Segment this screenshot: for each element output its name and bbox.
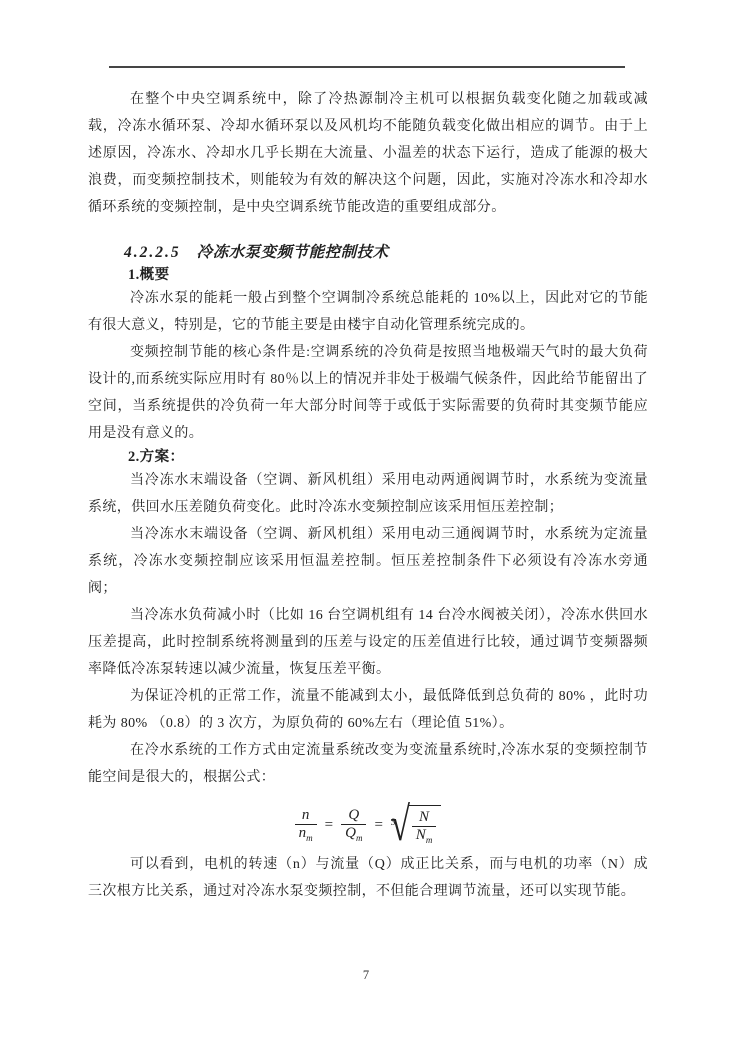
document-page: 在整个中央空调系统中，除了冷热源制冷主机可以根据负载变化随之加载或减载，冷冻水循… bbox=[0, 0, 733, 1043]
overview-heading: 1.概要 bbox=[88, 265, 648, 285]
formula-fraction-power: NNm bbox=[412, 809, 437, 846]
overview-paragraph-2: 变频控制节能的核心条件是:空调系统的冷负荷是按照当地极端天气时的最大负荷设计的,… bbox=[88, 339, 648, 447]
page-number: 7 bbox=[0, 968, 733, 983]
page-content: 在整个中央空调系统中，除了冷热源制冷主机可以根据负载变化随之加载或减载，冷冻水循… bbox=[88, 86, 648, 905]
plan-heading: 2.方案： bbox=[88, 447, 648, 467]
root-index: 3 bbox=[391, 817, 396, 827]
header-rule bbox=[109, 66, 625, 68]
closing-paragraph: 可以看到，电机的转速（n）与流量（Q）成正比关系，而与电机的功率（N）成三次根方… bbox=[88, 851, 648, 905]
plan-paragraph-4: 为保证冷机的正常工作，流量不能减到太小，最低降低到总负荷的 80% ，此时功耗为… bbox=[88, 683, 648, 737]
plan-paragraph-2: 当冷冻水末端设备（空调、新风机组）采用电动三通阀调节时，水系统为定流量系统，冷冻… bbox=[88, 521, 648, 602]
pump-affinity-formula: nnm = QQm = 3 √ NNm bbox=[88, 799, 648, 851]
plan-paragraph-5: 在冷水系统的工作方式由定流量系统改变为变流量系统时,冷冻水泵的变频控制节能空间是… bbox=[88, 737, 648, 791]
equals-sign: = bbox=[324, 817, 334, 834]
section-number: 4.2.2.5 bbox=[124, 244, 181, 261]
equals-sign: = bbox=[373, 817, 383, 834]
formula-fraction-q: QQm bbox=[341, 807, 366, 844]
section-title: 冷冻水泵变频节能控制技术 bbox=[197, 244, 389, 261]
formula-fraction-n: nnm bbox=[295, 807, 317, 844]
plan-paragraph-1: 当冷冻水末端设备（空调、新风机组）采用电动两通阀调节时，水系统为变流量系统，供回… bbox=[88, 467, 648, 521]
overview-paragraph-1: 冷冻水泵的能耗一般占到整个空调制冷系统总能耗的 10%以上，因此对它的节能有很大… bbox=[88, 285, 648, 339]
plan-paragraph-3: 当冷冻水负荷减小时（比如 16 台空调机组有 14 台冷水阀被关闭），冷冻水供回… bbox=[88, 602, 648, 683]
section-heading: 4.2.2.5冷冻水泵变频节能控制技术 bbox=[88, 241, 648, 265]
intro-paragraph: 在整个中央空调系统中，除了冷热源制冷主机可以根据负载变化随之加载或减载，冷冻水循… bbox=[88, 86, 648, 221]
cube-root: 3 √ NNm bbox=[391, 803, 441, 847]
